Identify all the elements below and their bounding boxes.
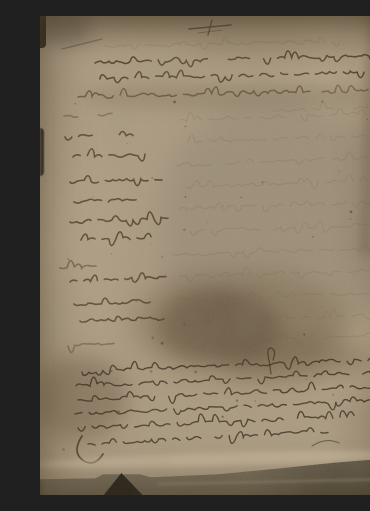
manuscript-photo: Photograph of an aged parchment manuscri… (40, 16, 370, 495)
photo-grain (40, 16, 370, 495)
